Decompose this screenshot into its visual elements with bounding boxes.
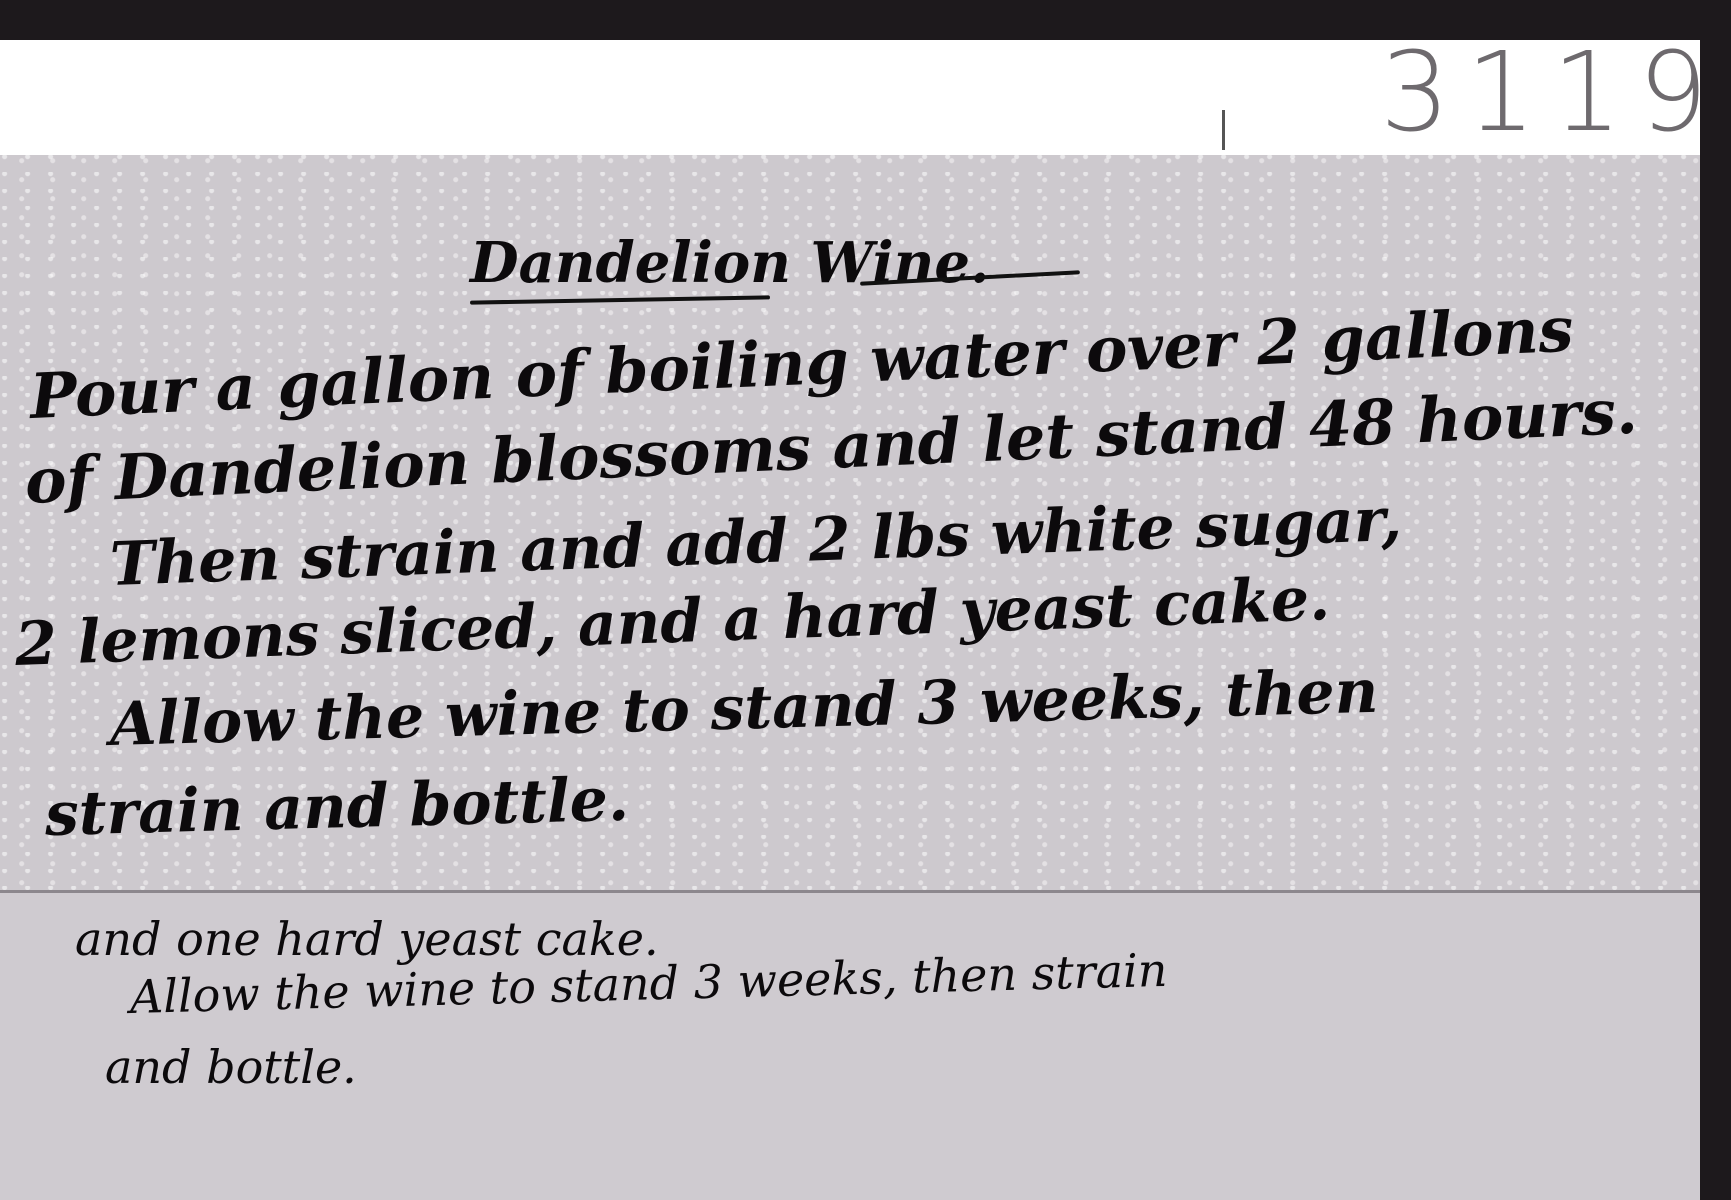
recipe-title: Dandelion Wine.: [470, 230, 989, 296]
lower-card-line: and bottle.: [105, 1040, 357, 1094]
catalog-number: 3119: [1380, 28, 1724, 156]
scan-border: [1700, 0, 1731, 1200]
pencil-tick-mark: [1222, 110, 1225, 150]
